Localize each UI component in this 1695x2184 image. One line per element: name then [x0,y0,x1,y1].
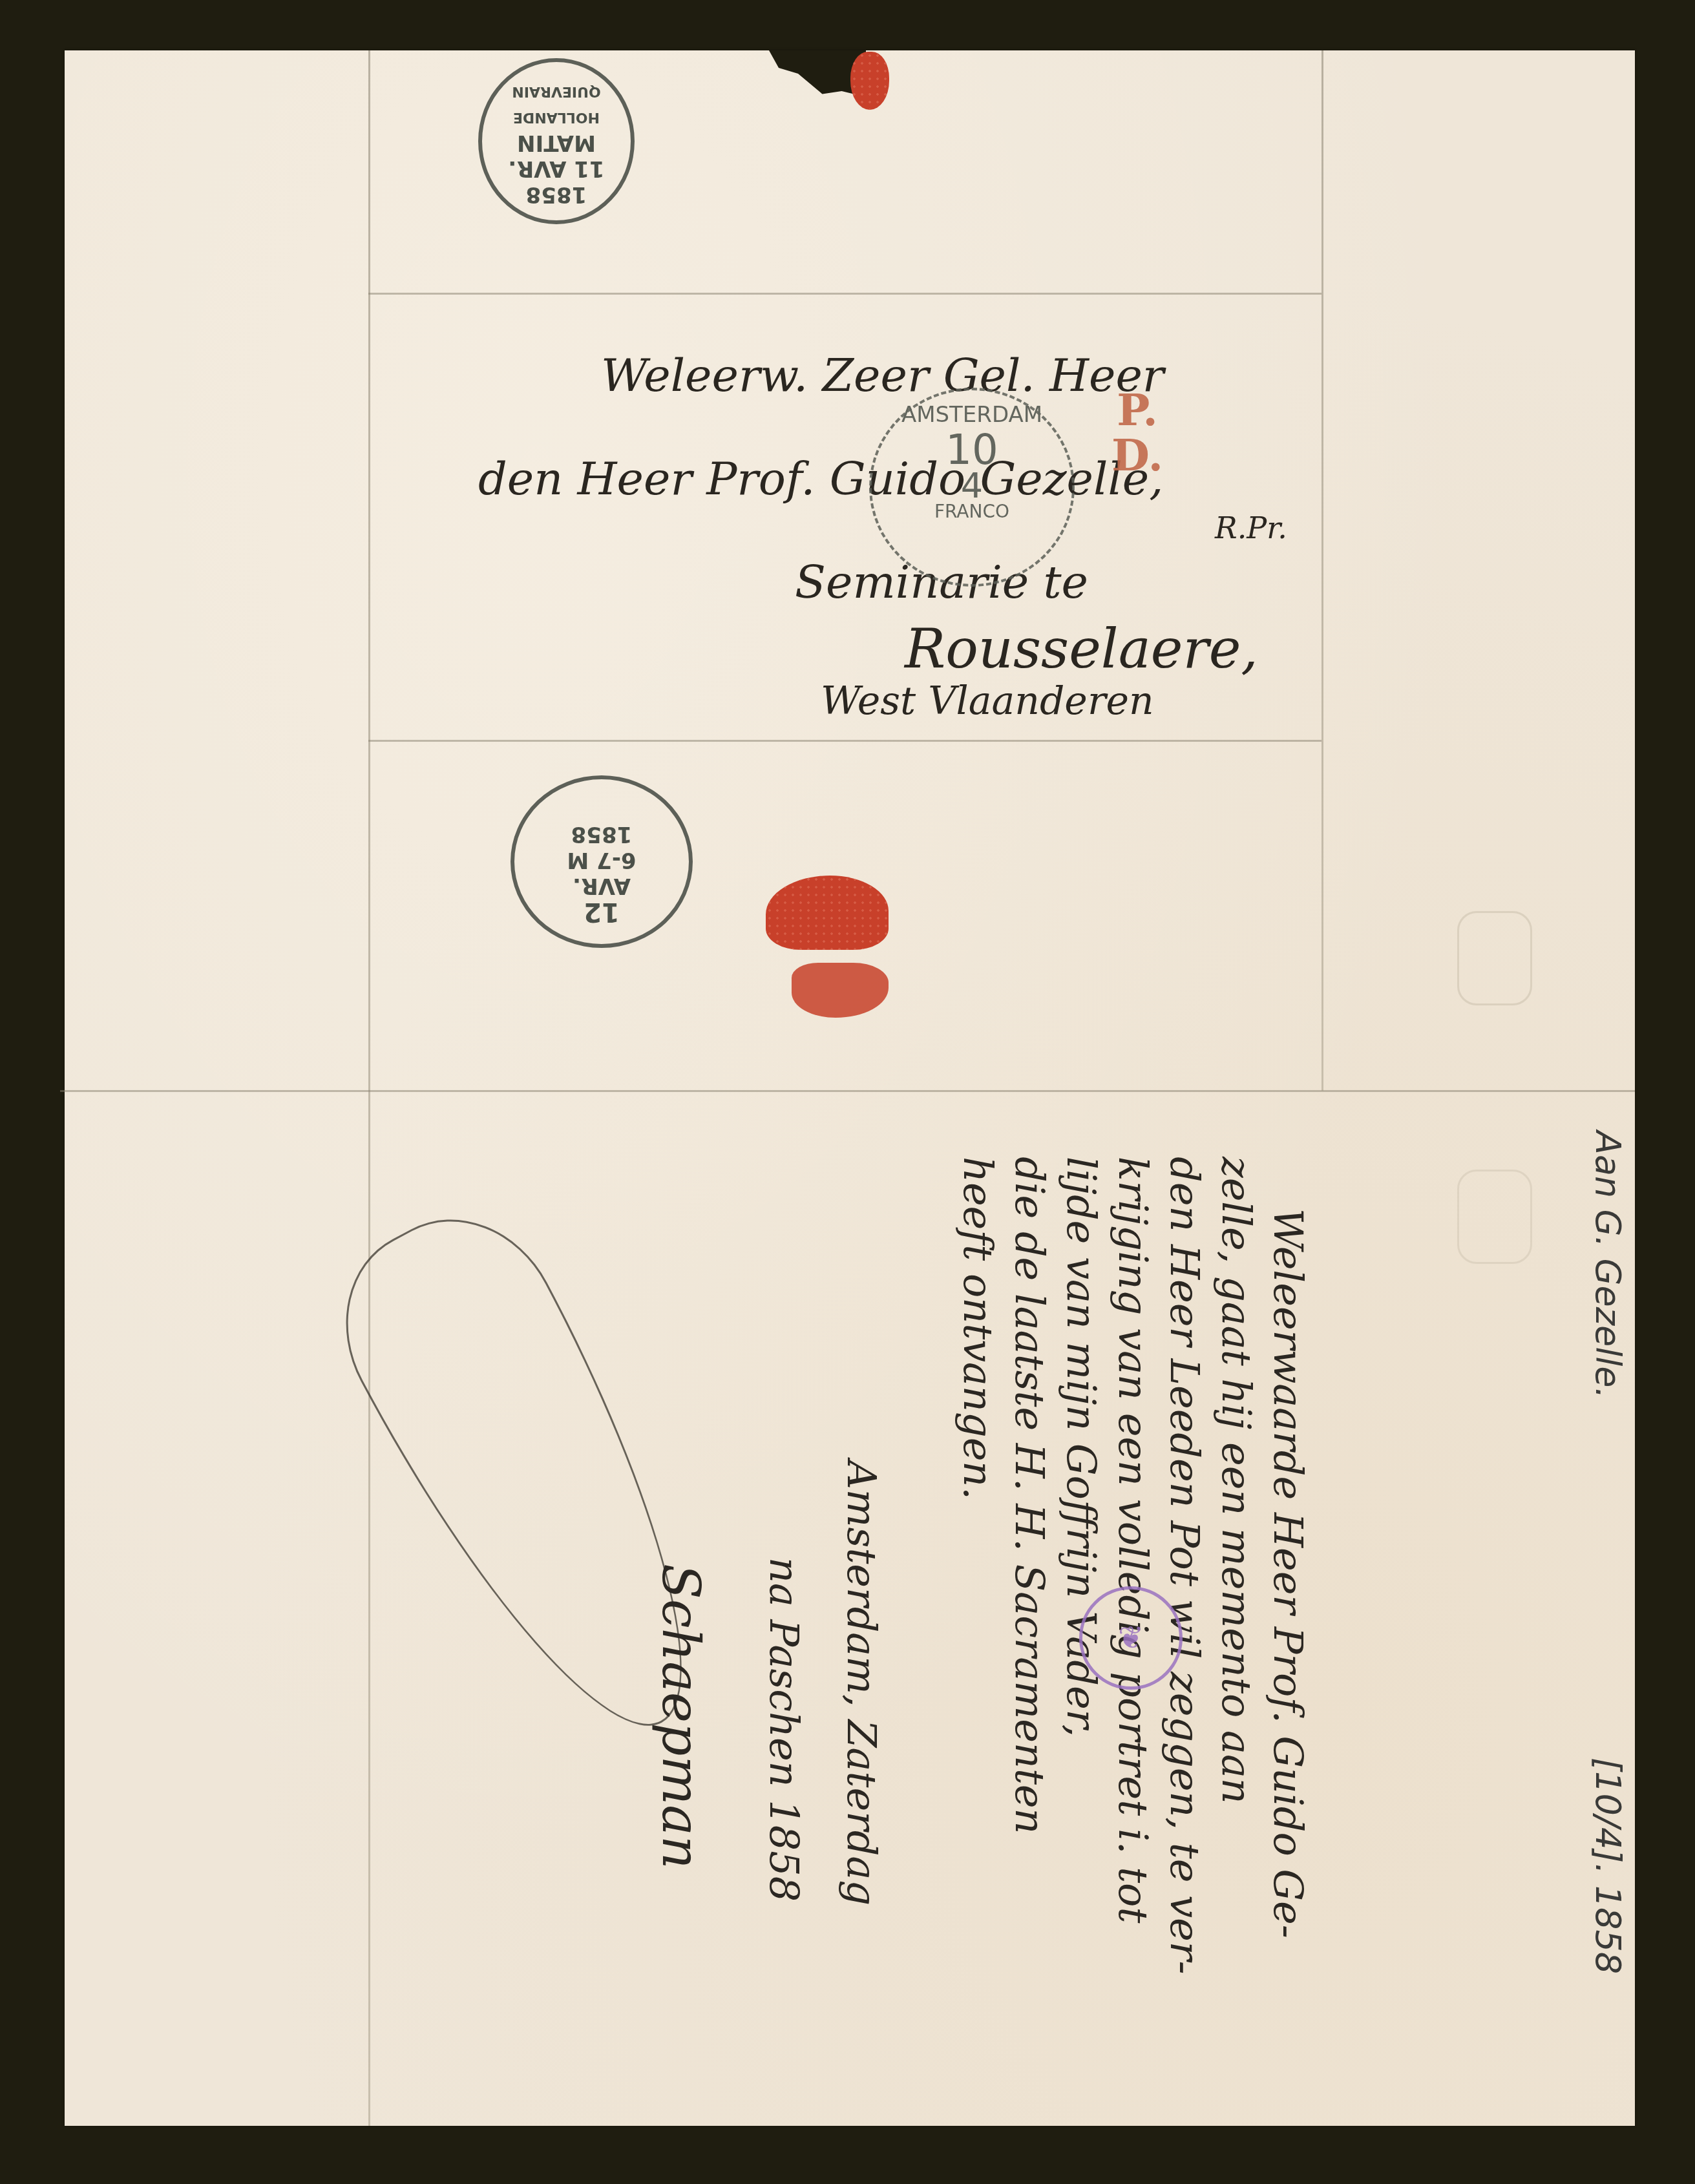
address-line-region: West Vlaanderen [821,678,1154,724]
postmark-route: HOLLANDE QUIEVRAIN [482,78,631,130]
letter-line: die de laatste H. H. Sacramenten [1006,1157,1053,1834]
archival-note-recipient: Aan G. Gezelle. [1588,1131,1628,1399]
letter-line: zelle, gaat hij een memento aan [1213,1157,1260,1804]
pd-bottom: D. [1111,433,1163,478]
letter-line: heeft ontvangen. [954,1157,1002,1500]
postmark-month: 4 [872,473,1072,499]
letter-signature: Schaepman [651,1564,711,1869]
letter-line: den Heer Leeden Pot wil zeggen, te ver- [1161,1157,1208,1974]
postmark-year: 1858 [482,182,631,207]
address-line-city: Rousselaere, [905,617,1258,680]
address-line-salutation: Weleerw. Zeer Gel. Heer [601,349,1164,402]
postmark-roulers: 12 AVR. 6-7 M 1858 [511,775,693,948]
pd-handstamp: P. D. [1111,388,1163,478]
postmark-date: 11 AVR. [482,156,631,182]
letter-line: Weleerwaarde Heer Prof. Guido Ge- [1265,1208,1312,1938]
postmark-city: AMSTERDAM [872,402,1072,428]
monogram-icon: ❦ [1118,1620,1144,1656]
postmark-time: 6-7 M [514,847,689,873]
archival-note-date: [10/4]. 1858 [1588,1758,1628,1974]
fold-line-upper [368,293,1321,295]
letter-place-date-2: na Paschen 1858 [761,1557,808,1902]
pd-top: P. [1111,388,1163,433]
fold-line-lower [368,740,1321,742]
letter-place-date: Amsterdam, Zaterdag [838,1460,885,1906]
postmark-amsterdam: AMSTERDAM 10 4 FRANCO [869,388,1075,587]
letter-line: krijging van een volledig portret i. tot [1110,1157,1157,1923]
fold-line-right [1321,50,1323,1091]
wax-seal-fragment-top [850,52,889,110]
postmark-time: MATIN [482,130,631,156]
postmark-day: 12 [514,899,689,925]
postmark-hollande-quievrain: 1858 11 AVR. MATIN HOLLANDE QUIEVRAIN [478,58,635,224]
postmark-franco: FRANCO [872,499,1072,525]
fold-line-left [368,50,370,2126]
wax-seal [766,876,889,950]
embossed-mark [1457,911,1532,1005]
postmark-month: AVR. [514,873,689,899]
embossed-mark-lower [1457,1170,1532,1264]
purple-monogram-stamp: ❦ [1079,1586,1183,1690]
fold-line-center [60,1090,1635,1092]
address-line-title: R.Pr. [1215,510,1287,545]
postmark-year: 1858 [514,821,689,847]
